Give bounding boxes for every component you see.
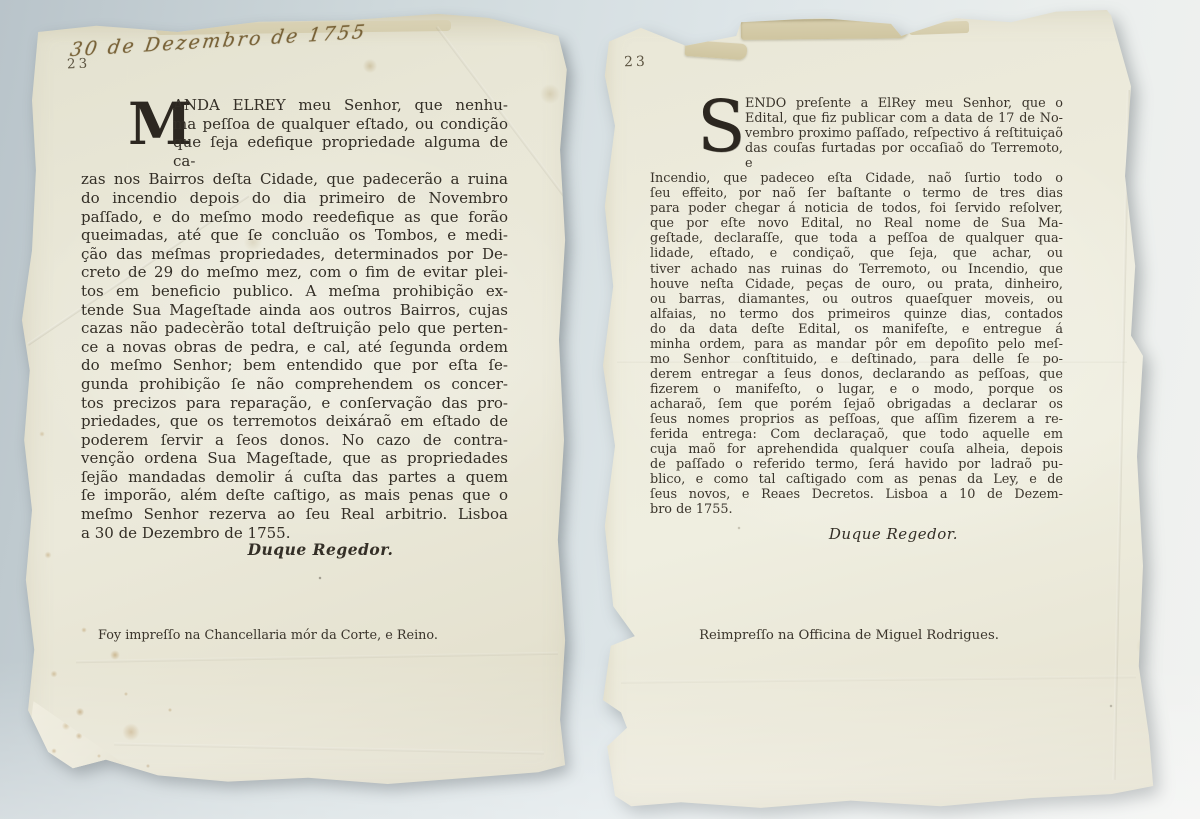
- print-line: ENDO preſente a ElRey meu Senhor, que o: [745, 96, 1063, 111]
- print-line: acharaõ, ſem que porém ſejaõ obrigadas a…: [650, 397, 1063, 412]
- print-line: vembro proximo paſſado, reſpectivo á reſ…: [745, 126, 1063, 141]
- print-line: do da data deſte Edital, os manifeſte, e…: [650, 322, 1063, 337]
- print-line: ANDA ELREY meu Senhor, que nenhu-: [173, 96, 508, 115]
- print-line: blico, e como tal caſtigado com as penas…: [650, 472, 1063, 487]
- print-line: tos em beneficio publico. A meſma prohib…: [81, 282, 508, 301]
- signature-duque-regedor: Duque Regedor.: [687, 525, 1100, 543]
- print-line: cuja maõ for aprehendida qualquer couſa …: [650, 442, 1063, 457]
- print-line: ou barras, diamantes, ou outros quaeſque…: [650, 292, 1063, 307]
- print-line: creto de 29 do meſmo mez, com o fim de e…: [81, 263, 508, 282]
- print-line: gunda prohibição ſe não comprehendem os …: [81, 375, 508, 394]
- print-line: mo Senhor conſtituido, e deſtinado, para…: [650, 352, 1063, 367]
- handwritten-date-note: 30 de Dezembro de 1755: [69, 21, 369, 61]
- print-line: priedades, que os terremotos deixáraõ em…: [81, 412, 508, 431]
- page-number-annotation: 23: [624, 54, 648, 70]
- print-line: ferida entrega: Com declaraçaõ, que todo…: [650, 427, 1063, 442]
- print-line: geſtade, declaraſſe, que toda a peſſoa d…: [650, 231, 1063, 246]
- print-line: ma peſſoa de qualquer eſtado, ou condiçã…: [173, 115, 508, 134]
- print-line: queimadas, até que ſe concluão os Tombos…: [81, 226, 508, 245]
- print-line: que por eſte novo Edital, no Real nome d…: [650, 216, 1063, 231]
- edict-body-text: ENDO preſente a ElRey meu Senhor, que oE…: [650, 96, 1063, 517]
- folded-corner: [24, 696, 142, 782]
- print-line: Edital, que fiz publicar com a data de 1…: [745, 111, 1063, 126]
- right-document-wrapper: 23 S ENDO preſente a ElRey meu Senhor, q…: [591, 6, 1191, 816]
- photo-of-two-documents: { "colors": { "background": "#d5dee1", "…: [0, 0, 1200, 819]
- crease-line: [114, 742, 544, 754]
- print-line: paſſado, e do meſmo modo reedefique as q…: [81, 208, 508, 227]
- print-line: ce a novas obras de pedra, e cal, até ſe…: [81, 338, 508, 357]
- print-line: ſeus nomes proprios as peſſoas, que aſſi…: [650, 412, 1063, 427]
- print-line: tiver achado nas ruinas do Terremoto, ou…: [650, 262, 1063, 277]
- print-line: bro de 1755.: [650, 502, 1063, 517]
- print-line: poderem ſervir a ſeos donos. No cazo de …: [81, 431, 508, 450]
- print-line: ſe imporão, além deſte caſtigo, as mais …: [81, 486, 508, 505]
- page-number-annotation: 23: [67, 56, 91, 73]
- crease-line: [621, 675, 1136, 683]
- print-line: que ſeja edefique propriedade alguma de …: [173, 133, 508, 170]
- left-document-paper: 30 de Dezembro de 1755 23 M ANDA ELREY m…: [18, 10, 578, 795]
- print-line: derem entregar a ſeus donos, declarando …: [650, 367, 1063, 382]
- print-line: zas nos Bairros deſta Cidade, que padece…: [81, 170, 508, 189]
- left-document-wrapper: 30 de Dezembro de 1755 23 M ANDA ELREY m…: [18, 10, 578, 795]
- print-line: Incendio, que padeceo eſta Cidade, naõ ſ…: [650, 171, 1063, 186]
- print-line: cazas não padecèrão total deſtruição pel…: [81, 319, 508, 338]
- print-line: minha ordem, para as mandar pôr em depoſ…: [650, 337, 1063, 352]
- edict-body-text: ANDA ELREY meu Senhor, que nenhu-ma peſſ…: [81, 96, 508, 542]
- print-line: ſejão mandadas demolir á cuſta das parte…: [81, 468, 508, 487]
- printer-imprint: Foy impreſſo na Chancellaria mór da Cort…: [38, 628, 498, 643]
- print-line: ção das meſmas propriedades, determinado…: [81, 245, 508, 264]
- print-line: do meſmo Senhor; bem entendido que por e…: [81, 356, 508, 375]
- right-paper-top-fold: [685, 40, 748, 60]
- print-line: lidade, eſtado, e condiçaõ, que ſeja, qu…: [650, 246, 1063, 261]
- print-line: tende Sua Mageſtade ainda aos outros Bai…: [81, 301, 508, 320]
- print-line: fizerem o manifeſto, o lugar, e o modo, …: [650, 382, 1063, 397]
- print-line: do incendio depois do dia primeiro de No…: [81, 189, 508, 208]
- print-line: de paſſado o referido termo, ſerá havido…: [650, 457, 1063, 472]
- print-line: alfaias, no termo dos primeiros quinze d…: [650, 307, 1063, 322]
- crease-line: [1113, 90, 1130, 780]
- print-line: ſeus novos, e Reaes Decretos. Lisboa a 1…: [650, 487, 1063, 502]
- print-line: tos precizos para reparação, e conſervaç…: [81, 394, 508, 413]
- print-line: ſeu effeito, por naõ ſer baſtante o term…: [650, 186, 1063, 201]
- right-document-paper: 23 S ENDO preſente a ElRey meu Senhor, q…: [591, 6, 1191, 816]
- signature-duque-regedor: Duque Regedor.: [107, 540, 534, 559]
- print-line: para poder chegar á noticia de todos, fo…: [650, 201, 1063, 216]
- printer-imprint: Reimpreſſo na Officina de Miguel Rodrigu…: [639, 628, 1059, 643]
- print-line: venção ordena Sua Mageſtade, que as prop…: [81, 449, 508, 468]
- print-line: das couſas furtadas por occaſiaõ do Terr…: [745, 141, 1063, 171]
- right-paper-top-fold: [909, 21, 969, 35]
- print-line: houve neſta Cidade, peças de ouro, ou pr…: [650, 277, 1063, 292]
- crease-line: [76, 652, 558, 663]
- print-line: meſmo Senhor rezerva ao ſeu Real arbitri…: [81, 505, 508, 524]
- right-paper-top-fold: [741, 18, 909, 40]
